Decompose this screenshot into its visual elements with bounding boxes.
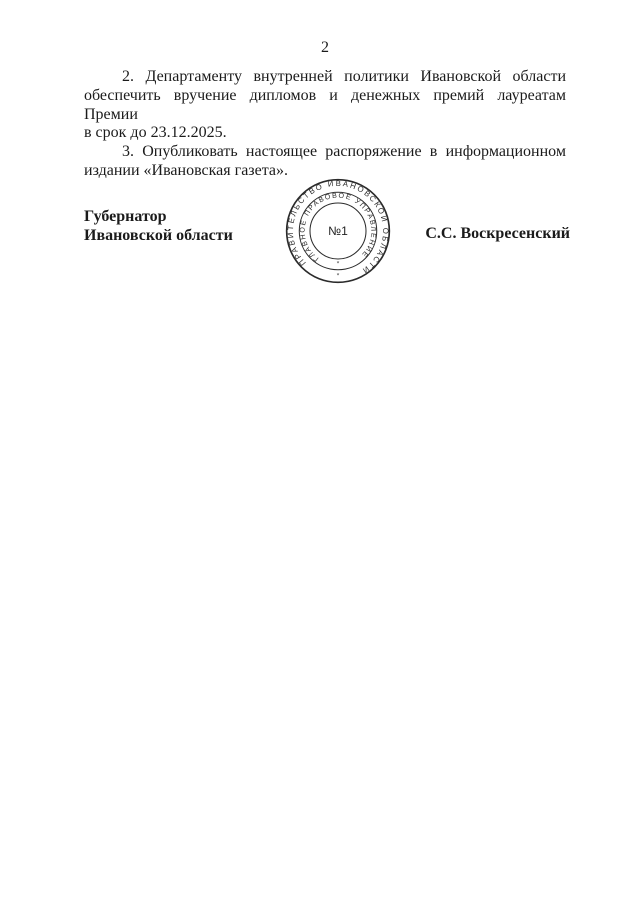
signatory-title-line-2: Ивановской области — [84, 227, 233, 246]
signatory-name: С.С. Воскресенский — [425, 225, 570, 244]
paragraph-2-line-3: в срок до 23.12.2025. — [84, 124, 566, 143]
paragraph-3-line-1: 3. Опубликовать настоящее распоряжение в… — [84, 143, 566, 162]
official-seal-stamp: ПРАВИТЕЛЬСТВО ИВАНОВСКОЙ ОБЛАСТИ ГЛАВНОЕ… — [282, 175, 394, 287]
document-page: 2 2. Департаменту внутренней политики Ив… — [0, 0, 640, 905]
paragraph-2-line-1: 2. Департаменту внутренней политики Иван… — [84, 68, 566, 87]
signatory-title-line-1: Губернатор — [84, 208, 233, 227]
page-number: 2 — [84, 39, 566, 57]
stamp-center-number: №1 — [328, 224, 348, 238]
signatory-title: Губернатор Ивановской области — [84, 208, 233, 245]
stamp-outer-separator-mark: * — [337, 273, 340, 280]
paragraph-2-line-2: обеспечить вручение дипломов и денежных … — [84, 87, 566, 125]
stamp-inner-separator-mark: * — [337, 261, 340, 268]
document-body: 2. Департаменту внутренней политики Иван… — [84, 68, 566, 181]
